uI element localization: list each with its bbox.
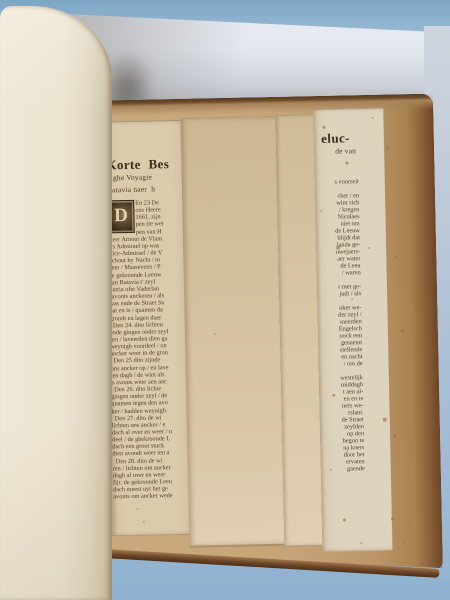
foxing-spot: [351, 298, 353, 300]
page-subtitle-right: de van: [314, 145, 358, 157]
photo-scene: Korte Bes kighe Voyagie Batavia naer h D…: [0, 0, 450, 600]
body-text-left: Heer Arnout de Vlamals Admirael op wasVi…: [108, 235, 188, 501]
page-title-right: eluc-: [314, 131, 358, 146]
foxing-spot: [143, 521, 145, 523]
text-line: gaende: [321, 465, 365, 473]
left-text-column: Korte Bes kighe Voyagie Batavia naer h D…: [106, 157, 189, 578]
foxing-spot: [330, 469, 332, 471]
foxing-spot: [408, 452, 410, 454]
foxing-spot: [336, 246, 340, 250]
foxing-spot: [332, 394, 335, 397]
foxing-spot: [360, 542, 362, 544]
foxing-spot: [137, 508, 139, 510]
foxing-spot: [401, 329, 404, 332]
blank-page-strip-1: [180, 116, 284, 548]
page-subtitle-left-2: Batavia naer h: [107, 182, 181, 195]
foxing-spot: [346, 450, 348, 452]
foxing-spot: [414, 297, 416, 299]
foxing-spot: [394, 255, 397, 258]
foxing-spot: [383, 418, 387, 422]
foxing-spot: [320, 210, 322, 212]
foxing-spot: [403, 542, 405, 544]
text-line: avonts om ancker wede: [113, 492, 187, 501]
right-text-column: eluc- de van s voorseit cker / enwint si…: [314, 131, 391, 473]
foxing-spot: [391, 517, 394, 520]
foxing-spot: [337, 149, 339, 151]
foxing-spot: [345, 161, 348, 164]
text-line: judt / als: [317, 290, 361, 298]
body-text-right: s voorseit cker / enwint sich/ kregenNic…: [315, 178, 365, 473]
foxing-spot: [214, 333, 216, 335]
foxing-spot: [405, 172, 407, 174]
text-line: s voorseit: [315, 178, 359, 186]
foxing-spot: [393, 434, 396, 437]
board-stain: [402, 514, 416, 526]
body-text-intro: En 23 Deons Heere1661. zijnpen (te wetpe…: [107, 199, 182, 236]
foxing-spot: [343, 518, 346, 521]
foxing-spot: [368, 247, 370, 249]
foxing-spot: [386, 147, 389, 150]
foxing-spot: [323, 126, 326, 129]
foxing-spot: [371, 117, 373, 119]
blank-left-page: [0, 6, 112, 600]
book: Korte Bes kighe Voyagie Batavia naer h D…: [101, 94, 443, 578]
